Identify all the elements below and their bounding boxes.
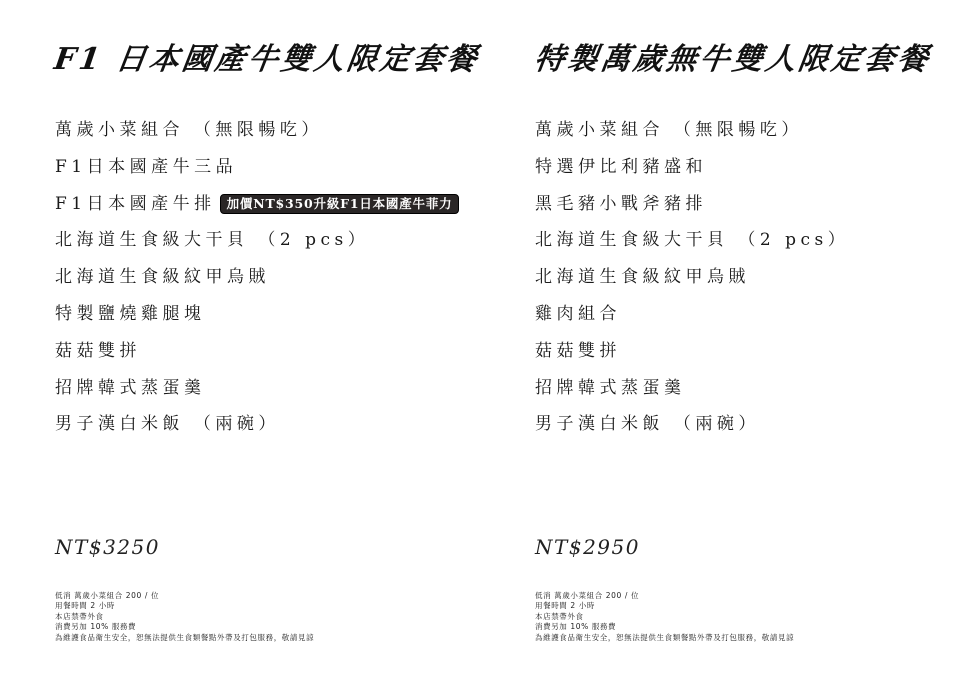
note-line: 為維護食品衛生安全，恕無法提供生食類餐點外帶及打包服務，敬請見諒 (55, 633, 314, 643)
menu-item-label: 菇菇雙拼 (55, 338, 141, 364)
menu-item: 招牌韓式蒸蛋羹 (535, 375, 849, 412)
note-line: 本店禁帶外食 (535, 612, 794, 622)
menu-item-label: 萬歲小菜組合 （無限暢吃） (535, 117, 803, 143)
note-line: 消費另加 10% 服務費 (535, 622, 794, 632)
note-line: 消費另加 10% 服務費 (55, 622, 314, 632)
menu-item-label: 特製鹽燒雞腿塊 (55, 301, 206, 327)
menu-item-label: 男子漢白米飯 （兩碗） (55, 411, 280, 437)
menu-item: F1日本國產牛排加價NT$350升級F1日本國產牛菲力 (55, 191, 459, 228)
menu-item-label: 招牌韓式蒸蛋羹 (535, 375, 686, 401)
note-line: 用餐時間 2 小時 (535, 601, 794, 611)
menu-item-label: 菇菇雙拼 (535, 338, 621, 364)
note-line: 低消 萬歲小菜組合 200 / 位 (535, 591, 794, 601)
note-line: 為維護食品衛生安全，恕無法提供生食類餐點外帶及打包服務，敬請見諒 (535, 633, 794, 643)
menu-item-label: 北海道生食級紋甲烏賊 (55, 264, 270, 290)
menu-item-list: 萬歲小菜組合 （無限暢吃） 特選伊比利豬盛和 黑毛豬小戰斧豬排 北海道生食級大干… (535, 117, 849, 448)
menu-item: 男子漢白米飯 （兩碗） (535, 411, 849, 448)
menu-item-label: F1日本國產牛三品 (55, 154, 237, 180)
menu-notes: 低消 萬歲小菜組合 200 / 位 用餐時間 2 小時 本店禁帶外食 消費另加 … (55, 591, 314, 643)
menu-item-label: 北海道生食級紋甲烏賊 (535, 264, 750, 290)
menu-item-label: 黑毛豬小戰斧豬排 (535, 191, 707, 217)
menu-item-label: 北海道生食級大干貝 （2 pcs） (535, 227, 849, 253)
menu-item: 招牌韓式蒸蛋羹 (55, 375, 459, 412)
menu-item: 黑毛豬小戰斧豬排 (535, 191, 849, 228)
menu-item-label: F1日本國產牛排 (55, 191, 216, 217)
menu-item-list: 萬歲小菜組合 （無限暢吃） F1日本國產牛三品 F1日本國產牛排加價NT$350… (55, 117, 459, 448)
menu-title: 特製萬歲無牛雙人限定套餐 (532, 34, 934, 78)
menu-item: 男子漢白米飯 （兩碗） (55, 411, 459, 448)
note-line: 低消 萬歲小菜組合 200 / 位 (55, 591, 314, 601)
menu-item: F1日本國產牛三品 (55, 154, 459, 191)
note-line: 用餐時間 2 小時 (55, 601, 314, 611)
menu-item-label: 特選伊比利豬盛和 (535, 154, 707, 180)
menu-notes: 低消 萬歲小菜組合 200 / 位 用餐時間 2 小時 本店禁帶外食 消費另加 … (535, 591, 794, 643)
menu-title: F1 日本國產牛雙人限定套餐 (52, 34, 483, 78)
menu-item: 萬歲小菜組合 （無限暢吃） (55, 117, 459, 154)
menu-item: 菇菇雙拼 (55, 338, 459, 375)
menu-item: 萬歲小菜組合 （無限暢吃） (535, 117, 849, 154)
menu-item: 北海道生食級紋甲烏賊 (535, 264, 849, 301)
note-line: 本店禁帶外食 (55, 612, 314, 622)
menu-item: 北海道生食級紋甲烏賊 (55, 264, 459, 301)
menu-item-label: 招牌韓式蒸蛋羹 (55, 375, 206, 401)
menu-item: 特製鹽燒雞腿塊 (55, 301, 459, 338)
menu-item: 雞肉組合 (535, 301, 849, 338)
menu-item-label: 萬歲小菜組合 （無限暢吃） (55, 117, 323, 143)
menu-item-label: 男子漢白米飯 （兩碗） (535, 411, 760, 437)
menu-item-label: 北海道生食級大干貝 （2 pcs） (55, 227, 369, 253)
menu-price: NT$2950 (535, 535, 640, 559)
menu-item: 北海道生食級大干貝 （2 pcs） (55, 227, 459, 264)
upgrade-badge: 加價NT$350升級F1日本國產牛菲力 (220, 194, 460, 214)
menu-item: 北海道生食級大干貝 （2 pcs） (535, 227, 849, 264)
menu-item: 特選伊比利豬盛和 (535, 154, 849, 191)
menu-column-no-beef: 特製萬歲無牛雙人限定套餐 萬歲小菜組合 （無限暢吃） 特選伊比利豬盛和 黑毛豬小… (535, 0, 955, 679)
menu-item-label: 雞肉組合 (535, 301, 621, 327)
menu-item: 菇菇雙拼 (535, 338, 849, 375)
menu-price: NT$3250 (55, 535, 160, 559)
menu-column-f1-beef: F1 日本國產牛雙人限定套餐 萬歲小菜組合 （無限暢吃） F1日本國產牛三品 F… (55, 0, 475, 679)
